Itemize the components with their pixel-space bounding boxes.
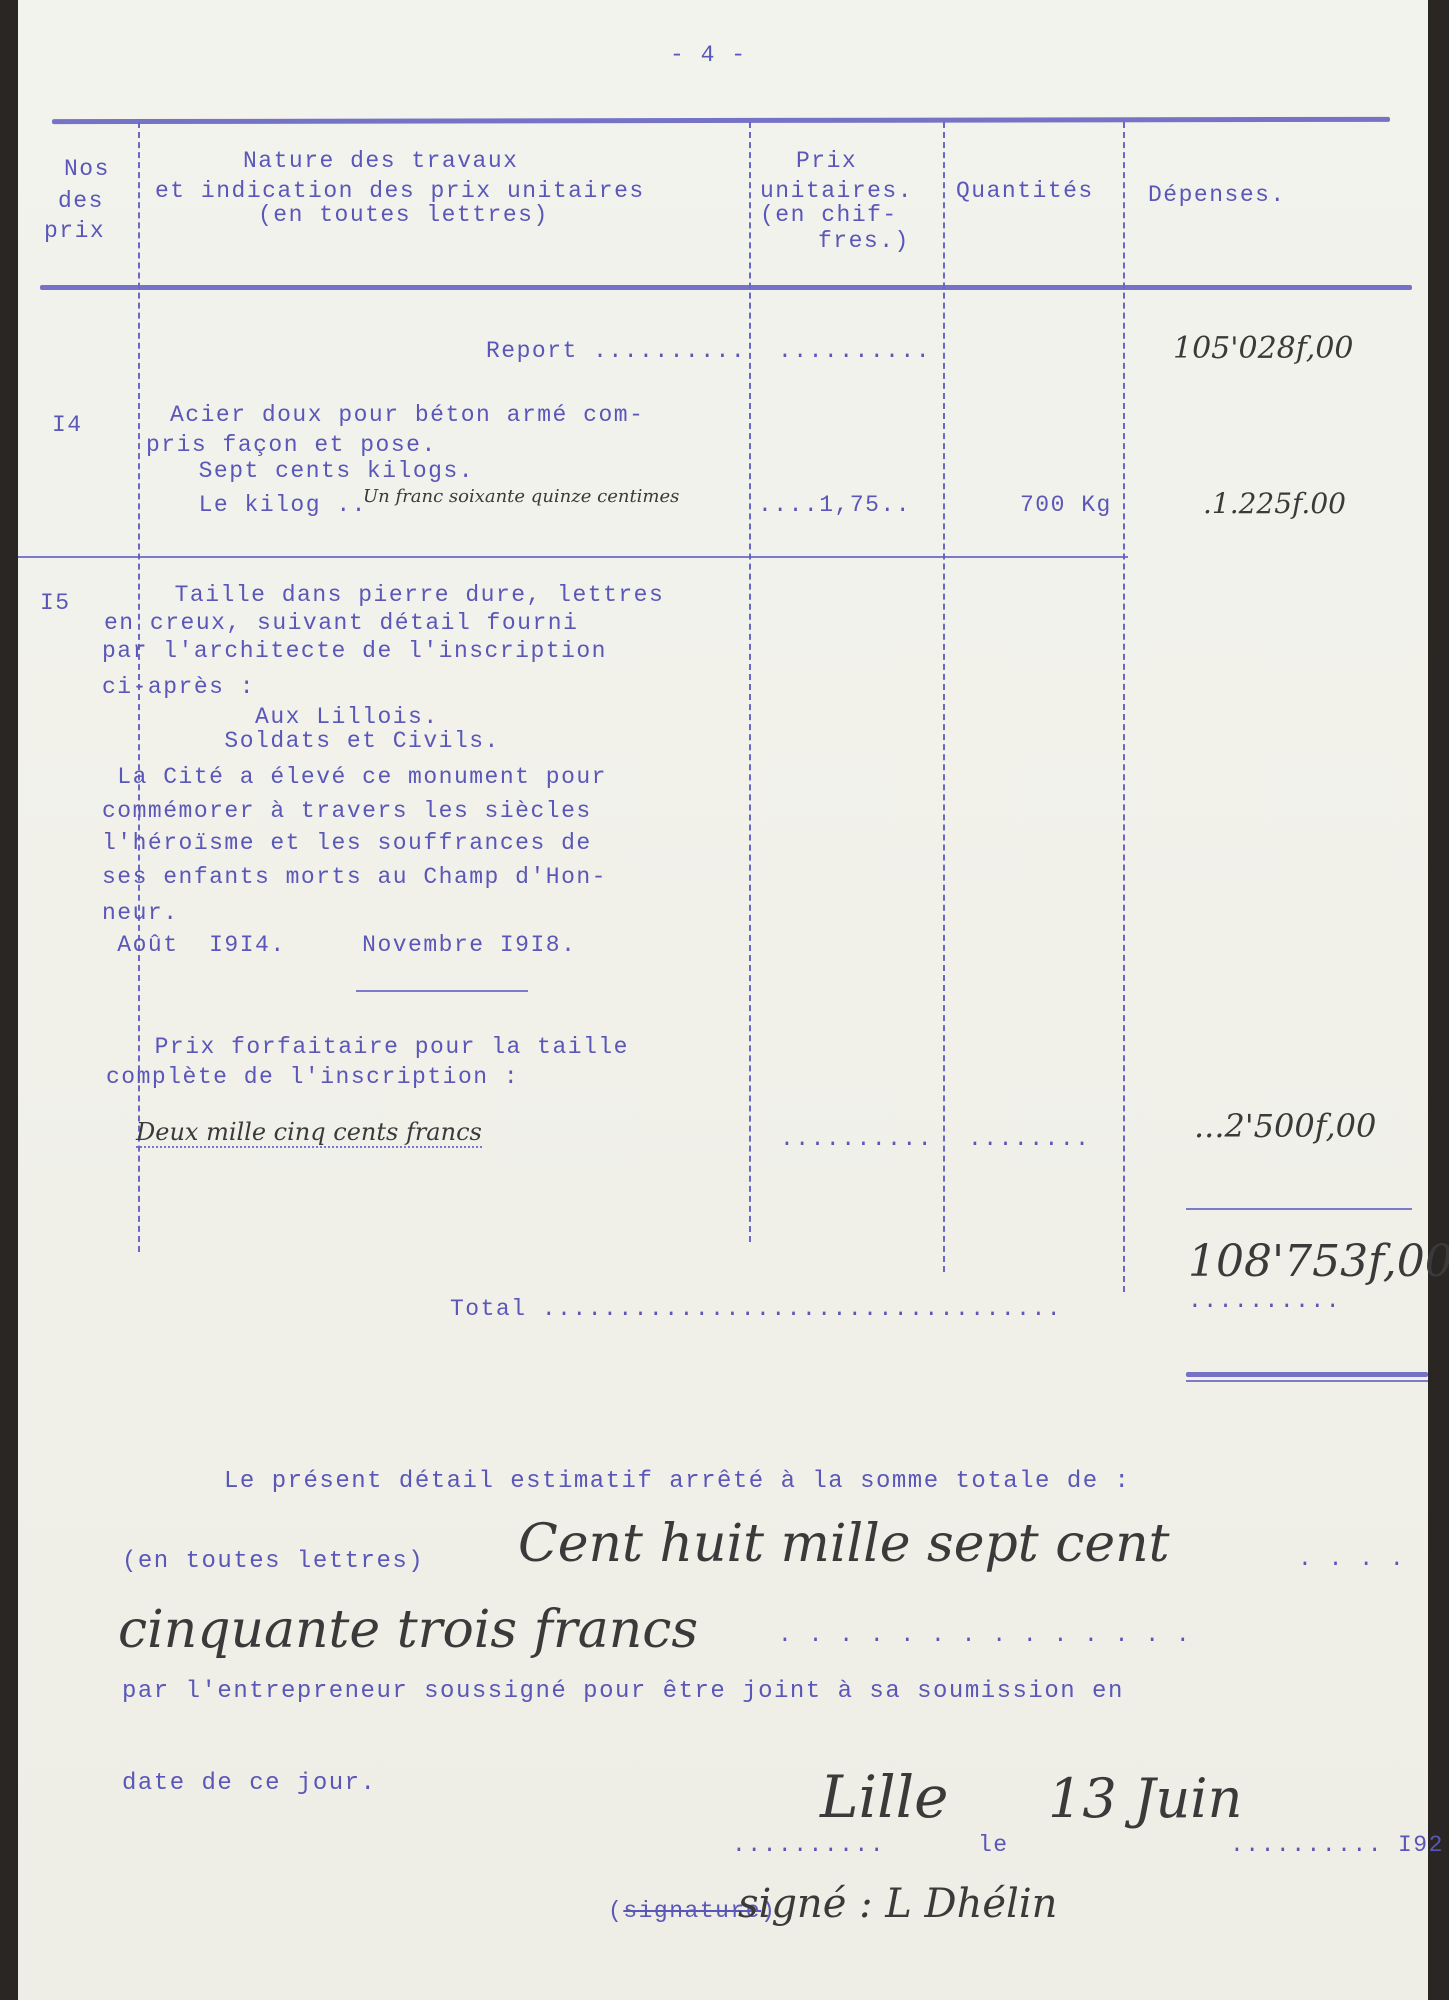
subtotal-amount: 108'753f,00 bbox=[1188, 1240, 1449, 1284]
signature: signé : L Dhélin bbox=[738, 1884, 1057, 1924]
header-expenses: Dépenses. bbox=[1148, 184, 1286, 207]
inscription-divider bbox=[356, 990, 528, 992]
header-top-rule bbox=[52, 117, 1390, 124]
amount: .1.225f.00 bbox=[1203, 490, 1346, 518]
subtotal-rule bbox=[1186, 1208, 1412, 1210]
header-bottom-rule bbox=[40, 285, 1412, 290]
amount: ...2'500f,00 bbox=[1194, 1110, 1376, 1142]
place: Lille bbox=[820, 1768, 949, 1826]
total-amount-words-1: Cent huit mille sept cent bbox=[518, 1518, 1169, 1570]
column-divider-3 bbox=[943, 122, 945, 1272]
unit-price: ....1,75.. bbox=[758, 494, 911, 517]
column-divider-4 bbox=[1123, 122, 1125, 1292]
row-separator bbox=[18, 556, 1128, 558]
date: 13 Juin bbox=[1048, 1772, 1242, 1826]
report-amount: 105'028f,00 bbox=[1173, 334, 1354, 364]
row-number: I4 bbox=[52, 414, 83, 437]
year: I92 bbox=[1398, 1834, 1444, 1857]
closing-words-label: (en toutes lettres) bbox=[122, 1550, 424, 1574]
total-amount-words-2: cinquante trois francs bbox=[118, 1604, 698, 1656]
closing-line-1: Le présent détail estimatif arrêté à la … bbox=[224, 1470, 1130, 1494]
price-in-words: Un franc soixante quinze centimes bbox=[363, 488, 679, 506]
quantity: 700 Kg bbox=[1020, 494, 1112, 517]
page-number: - 4 - bbox=[670, 44, 747, 67]
closing-line-4: date de ce jour. bbox=[122, 1772, 376, 1796]
document-page: - 4 - Nos des prix Nature des travaux et… bbox=[18, 0, 1428, 2000]
column-divider-2 bbox=[749, 122, 751, 1242]
header-quantity: Quantités bbox=[956, 180, 1094, 203]
row-number: I5 bbox=[40, 592, 71, 615]
price-in-words: Deux mille cinq cents francs bbox=[136, 1120, 482, 1148]
total-double-rule bbox=[1186, 1372, 1428, 1377]
closing-line-3: par l'entrepreneur soussigné pour être j… bbox=[122, 1680, 1124, 1704]
